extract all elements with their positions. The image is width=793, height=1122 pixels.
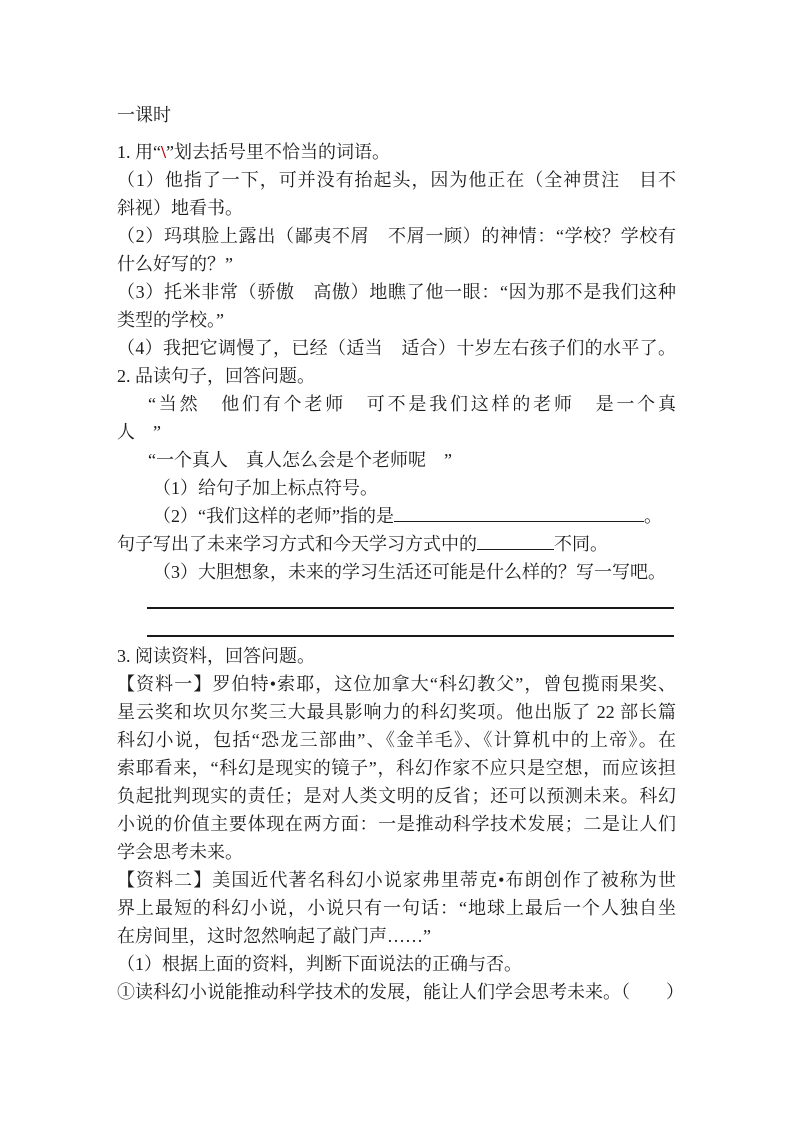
q2-instruction: 2. 品读句子，回答问题。: [117, 362, 676, 390]
q1-item-3-line-2: 类型的学校。”: [117, 306, 676, 334]
q3-instruction: 3. 阅读资料，回答问题。: [117, 642, 676, 670]
q3-material-1-line-5: 负起批判现实的责任；是对人类文明的反省；还可以预测未来。科幻: [117, 782, 676, 810]
q2-sub-2-line-1: （2）“我们这样的老师”指的是。: [117, 502, 676, 530]
q2-sub-2-line-2: 句子写出了未来学习方式和今天学习方式中的不同。: [117, 530, 676, 558]
q1-item-1-line-2: 斜视）地看书。: [117, 194, 676, 222]
q3-material-1-line-7: 学会思考未来。: [117, 838, 676, 866]
q3-material-2-line-1: 【资料二】美国近代著名科幻小说家弗里蒂克•布朗创作了被称为世: [117, 866, 676, 894]
q1-item-4: （4）我把它调慢了，已经（适当 适合）十岁左右孩子们的水平了。: [117, 334, 676, 362]
q3-material-1-line-1: 【资料一】罗伯特•索耶，这位加拿大“科幻教父”，曾包揽雨果奖、: [117, 670, 676, 698]
q3-material-1-line-3: 科幻小说，包括“恐龙三部曲”、《金羊毛》、《计算机中的上帝》。在: [117, 726, 676, 754]
q3-sub-1: （1）根据上面的资料，判断下面说法的正确与否。: [117, 950, 676, 978]
answer-blank-long[interactable]: [394, 502, 644, 522]
answer-rule-1: [117, 586, 676, 614]
q3-judge-item-1: ①读科幻小说能推动科学技术的发展，能让人们学会思考未来。（ ）: [117, 978, 676, 1006]
answer-rule-1-stroke[interactable]: [147, 586, 674, 609]
q1-instruction: 1. 用“\”划去括号里不恰当的词语。: [117, 138, 676, 166]
worksheet-page: 一课时1. 用“\”划去括号里不恰当的词语。（1）他指了一下，可并没有抬起头，因…: [0, 0, 793, 1122]
q3-material-1-line-2: 星云奖和坎贝尔奖三大最具影响力的科幻奖项。他出版了 22 部长篇: [117, 698, 676, 726]
q2-sub-2-prompt: （2）“我们这样的老师”指的是: [153, 506, 394, 526]
lesson-title: 一课时: [117, 101, 676, 129]
q2-quote-1-line-2: 人 ”: [117, 418, 676, 446]
q1-item-1-line-1: （1）他指了一下，可并没有抬起头，因为他正在（全神贯注 目不: [117, 166, 676, 194]
q2-sub-3: （3）大胆想象，未来的学习生活还可能是什么样的？写一写吧。: [117, 558, 676, 586]
q1-item-2-line-1: （2）玛琪脸上露出（鄙夷不屑 不屑一顾）的神情：“学校？学校有: [117, 222, 676, 250]
q2-sub-1: （1）给句子加上标点符号。: [117, 474, 676, 502]
q1-instruction-prefix: 1. 用“: [117, 142, 161, 162]
q3-material-1-line-4: 索耶看来，“科幻是现实的镜子”，科幻作家不应只是空想，而应该担: [117, 754, 676, 782]
q2-quote-2: “一个真人 真人怎么会是个老师呢 ”: [117, 446, 676, 474]
q1-item-2-line-2: 什么好写的？”: [117, 250, 676, 278]
q1-instruction-suffix: ”划去括号里不恰当的词语。: [166, 142, 390, 162]
q2-sub-2-period: 。: [644, 506, 662, 526]
q1-item-3-line-1: （3）托米非常（骄傲 高傲）地瞧了他一眼：“因为那不是我们这种: [117, 278, 676, 306]
answer-rule-2: [117, 614, 676, 642]
q3-material-2-line-2: 界上最短的科幻小说，小说只有一句话：“地球上最后一个人独自坐: [117, 894, 676, 922]
answer-blank-short[interactable]: [477, 530, 554, 550]
q3-material-2-line-3: 在房间里，这时忽然响起了敲门声……”: [117, 922, 676, 950]
q2-quote-1-line-1: “当然 他们有个老师 可不是我们这样的老师 是一个真: [117, 390, 676, 418]
q2-sub-2-tail: 不同。: [554, 534, 608, 554]
answer-rule-2-stroke[interactable]: [147, 614, 674, 637]
q2-sub-2-continuation: 句子写出了未来学习方式和今天学习方式中的: [117, 534, 477, 554]
q3-material-1-line-6: 小说的价值主要体现在两方面：一是推动科学技术发展；二是让人们: [117, 810, 676, 838]
